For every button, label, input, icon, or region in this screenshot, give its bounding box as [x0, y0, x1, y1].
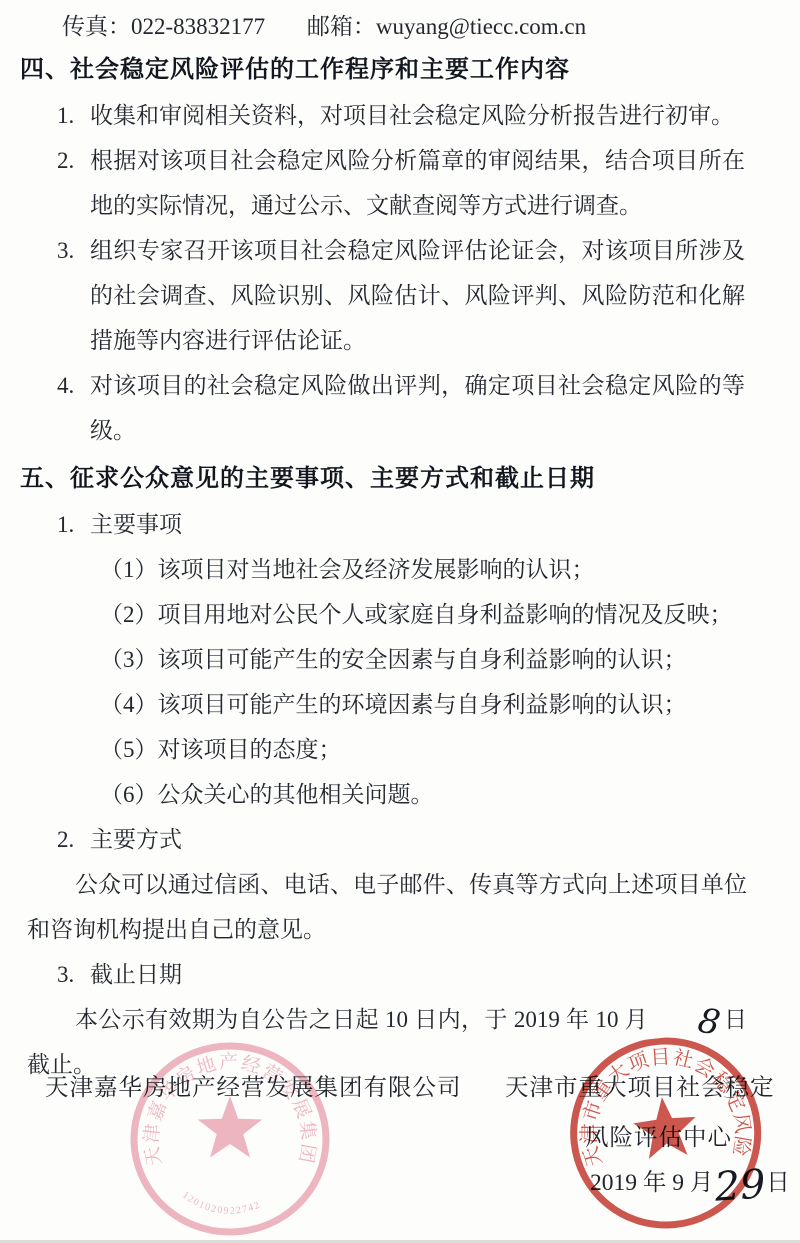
section5-sub2-paragraph: 公众可以通过信函、电话、电子邮件、传真等方式向上述项目单位和咨询机构提出自己的意…: [27, 862, 747, 952]
item-number: 3.: [57, 228, 74, 273]
email-value: wuyang@tiecc.com.cn: [376, 14, 586, 39]
fax-number: 022-83832177: [131, 14, 265, 39]
seal-serial-text: 1201020922742: [180, 1190, 263, 1217]
handwritten-deadline-day: 8: [651, 1012, 720, 1024]
item-text: 收集和审阅相关资料，对项目社会稳定风险分析报告进行初审。: [90, 103, 734, 128]
section4-item-1: 1. 收集和审阅相关资料，对项目社会稳定风险分析报告进行初审。: [0, 93, 800, 138]
point-6: （6）公众关心的其他相关问题。: [100, 772, 800, 817]
handwritten-signature-day: 29: [715, 1184, 766, 1188]
fax-label: 传真：: [62, 14, 131, 39]
section4-item-3: 3. 组织专家召开该项目社会稳定风险评估论证会，对该项目所涉及的社会调查、风险识…: [0, 228, 800, 363]
item-number: 2.: [57, 817, 74, 862]
item-number: 4.: [57, 363, 74, 408]
date-suffix: 日: [766, 1170, 790, 1196]
star-icon: [198, 1096, 263, 1158]
section5-sub1-title: 1. 主要事项: [0, 502, 800, 547]
date-prefix: 2019 年 9 月: [590, 1170, 713, 1196]
contact-line: 传真：022-83832177 邮箱：wuyang@tiecc.com.cn: [62, 0, 800, 44]
item-text: 组织专家召开该项目社会稳定风险评估论证会，对该项目所涉及的社会调查、风险识别、风…: [90, 238, 745, 353]
point-4: （4）该项目可能产生的环境因素与自身利益影响的认识；: [100, 682, 800, 727]
point-1: （1）该项目对当地社会及经济发展影响的认识；: [100, 547, 800, 592]
email-group: 邮箱：wuyang@tiecc.com.cn: [307, 14, 586, 39]
point-2: （2）项目用地对公民个人或家庭自身利益影响的情况及反映；: [100, 592, 800, 637]
section4-item-4: 4. 对该项目的社会稳定风险做出评判，确定项目社会稳定风险的等级。: [0, 363, 800, 453]
point-5: （5）对该项目的态度；: [100, 727, 800, 772]
signature-date: 2019 年 9 月29日: [590, 1163, 790, 1197]
item-text: 主要事项: [90, 512, 182, 537]
section5-sub3-title: 3. 截止日期: [0, 952, 800, 997]
item-number: 1.: [57, 93, 74, 138]
section5-sub2-title: 2. 主要方式: [0, 817, 800, 862]
section4-heading: 四、社会稳定风险评估的工作程序和主要工作内容: [20, 48, 800, 93]
item-text: 根据对该项目社会稳定风险分析篇章的审阅结果，结合项目所在地的实际情况，通过公示、…: [90, 148, 745, 218]
deadline-prefix: 本公示有效期为自公告之日起 10 日内，于 2019 年 10 月: [75, 1007, 648, 1032]
item-text: 截止日期: [90, 962, 182, 987]
section4-item-2: 2. 根据对该项目社会稳定风险分析篇章的审阅结果，结合项目所在地的实际情况，通过…: [0, 138, 800, 228]
right-org-name-line2: 风险评估中心: [585, 1118, 732, 1152]
document-page: 传真：022-83832177 邮箱：wuyang@tiecc.com.cn 四…: [0, 0, 800, 1243]
item-text: 对该项目的社会稳定风险做出评判，确定项目社会稳定风险的等级。: [90, 373, 745, 443]
item-number: 3.: [57, 952, 74, 997]
item-number: 2.: [57, 138, 74, 183]
email-label: 邮箱：: [307, 14, 376, 39]
left-company-name: 天津嘉华房地产经营发展集团有限公司: [45, 1068, 462, 1102]
point-3: （3）该项目可能产生的安全因素与自身利益影响的认识；: [100, 637, 800, 682]
item-text: 主要方式: [90, 827, 182, 852]
item-number: 1.: [57, 502, 74, 547]
right-org-name-line1: 天津市重大项目社会稳定: [505, 1068, 775, 1102]
section5-heading: 五、征求公众意见的主要事项、主要方式和截止日期: [20, 457, 800, 502]
